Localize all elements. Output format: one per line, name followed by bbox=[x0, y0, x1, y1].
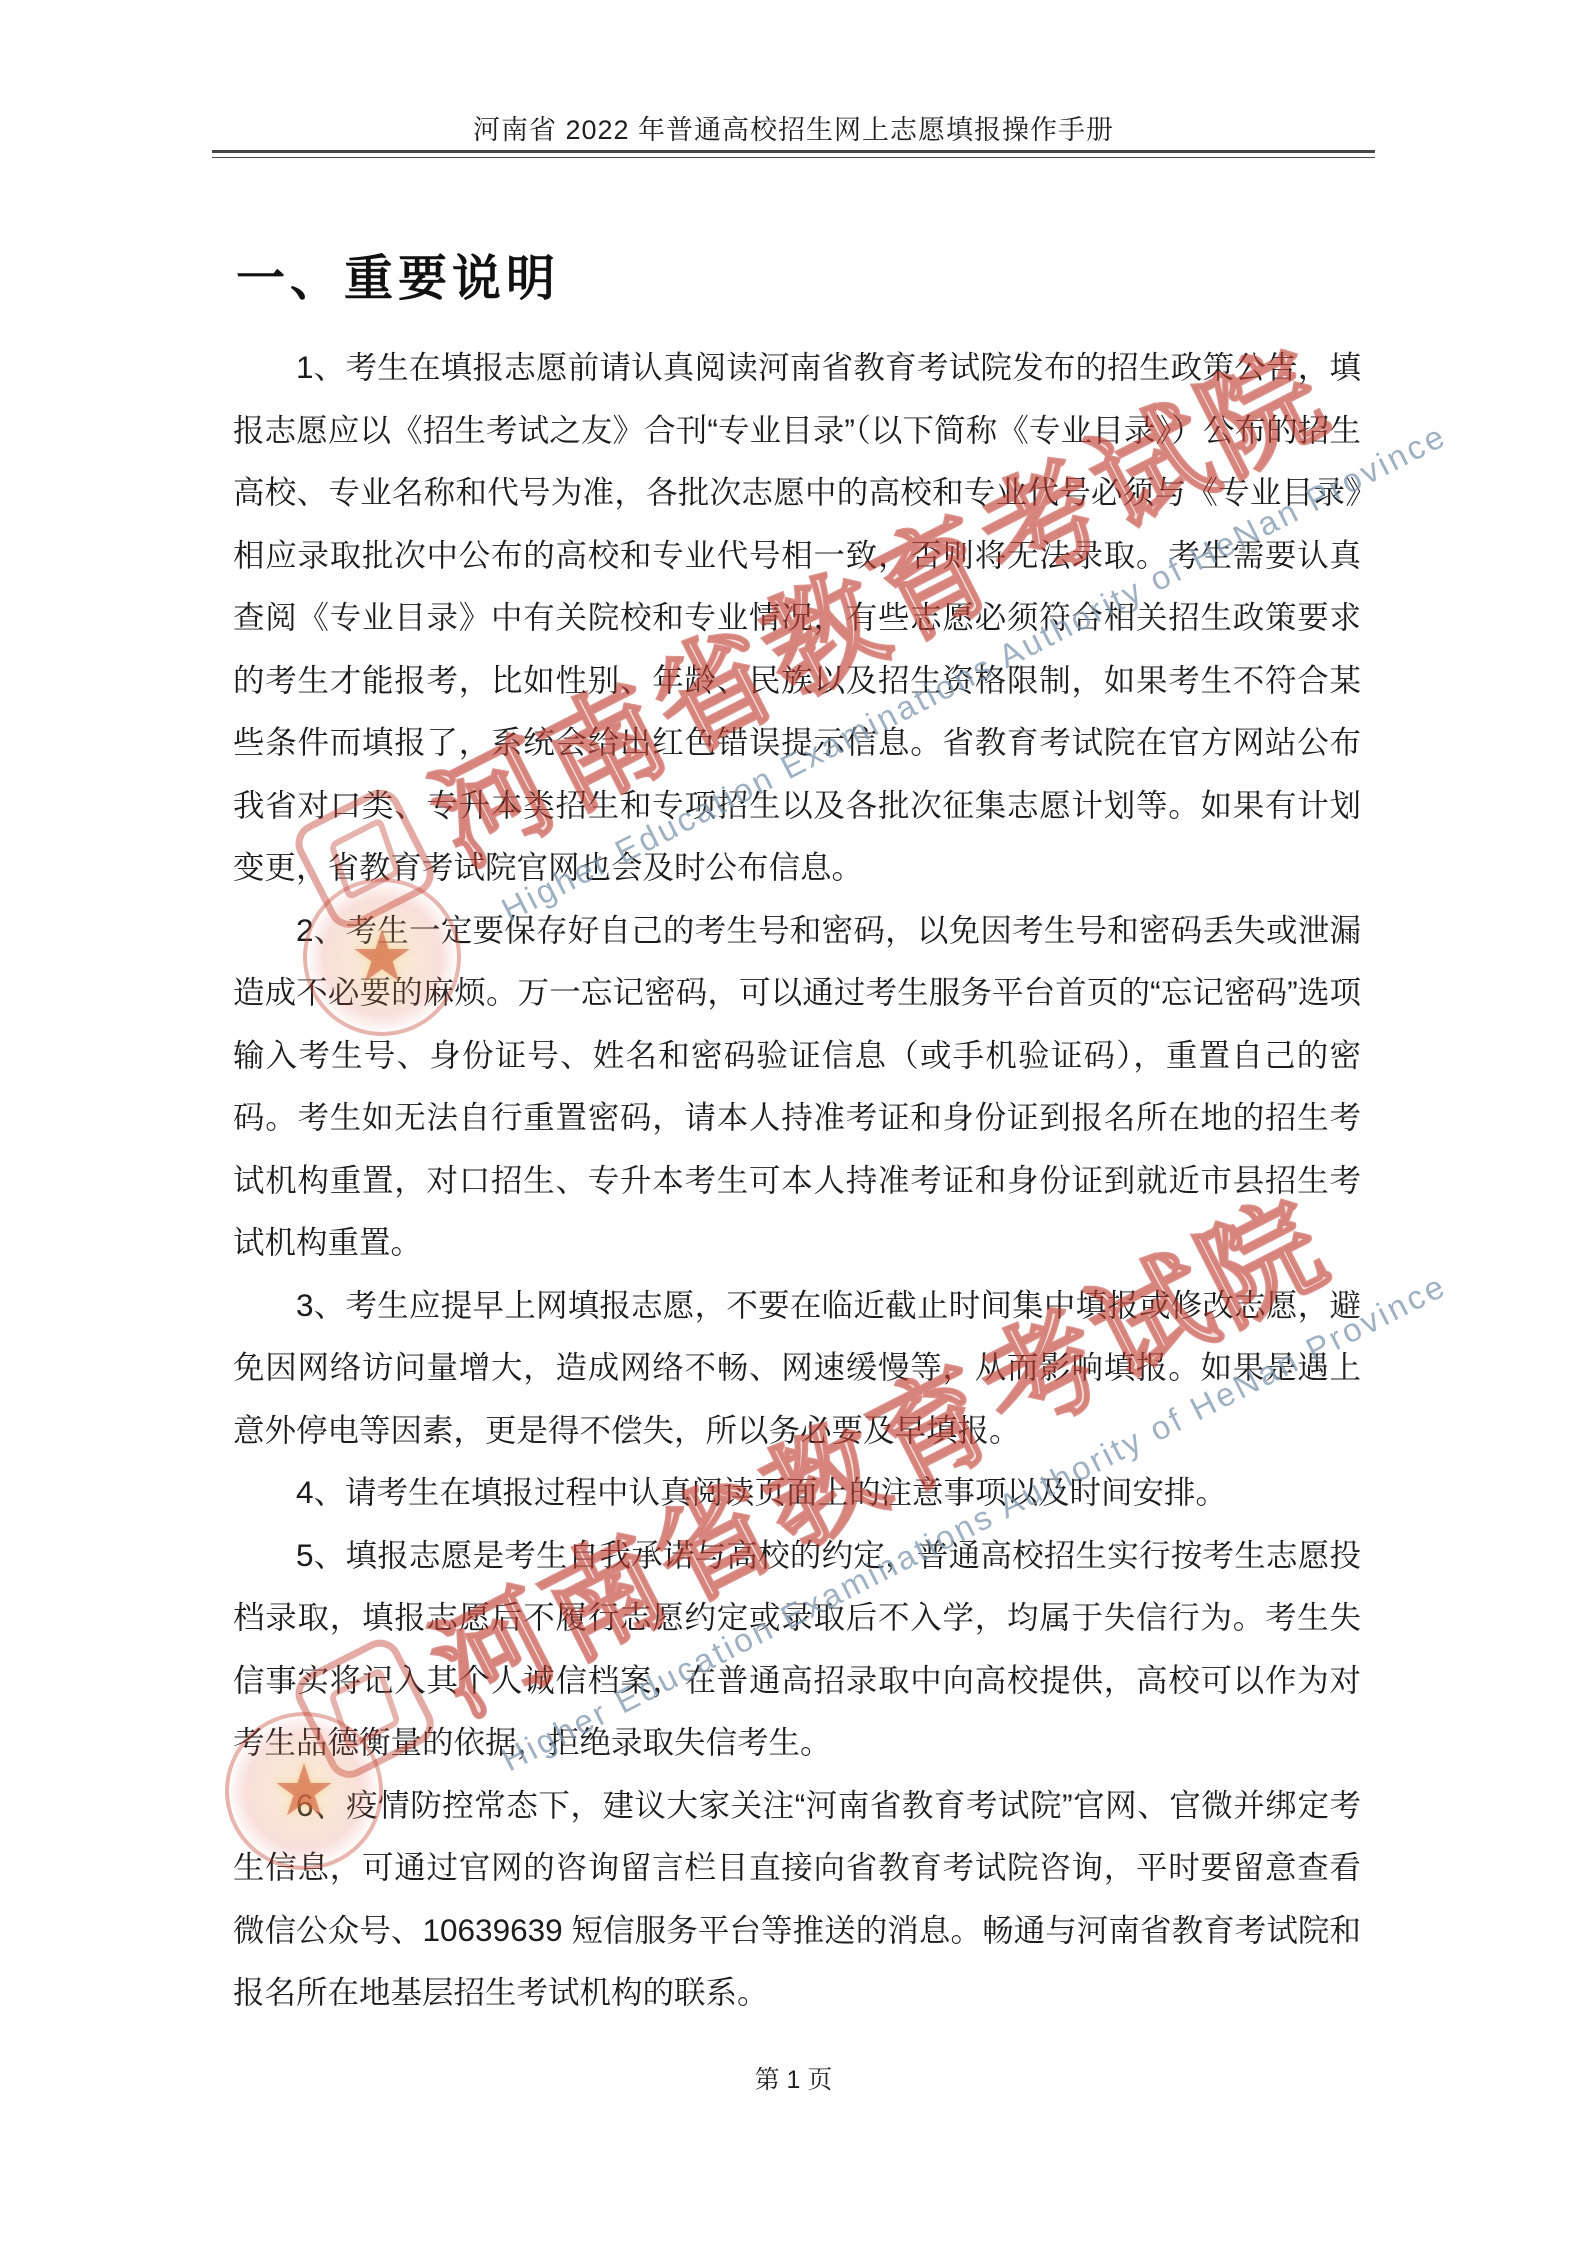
header-rule bbox=[212, 150, 1375, 158]
paragraph: 5、填报志愿是考生自我承诺与高校的约定，普通高校招生实行按考生志愿投档录取，填报… bbox=[233, 1524, 1361, 1774]
paragraph: 1、考生在填报志愿前请认真阅读河南省教育考试院发布的招生政策公告，填报志愿应以《… bbox=[233, 336, 1361, 899]
paragraph: 6、疫情防控常态下，建议大家关注“河南省教育考试院”官网、官微并绑定考生信息，可… bbox=[233, 1774, 1361, 2024]
section-title: 一、重要说明 bbox=[236, 240, 560, 310]
document-page: 河南省 2022 年普通高校招生网上志愿填报操作手册 河南省教育考试院 High… bbox=[0, 0, 1587, 2245]
paragraph: 2、考生一定要保存好自己的考生号和密码，以免因考生号和密码丢失或泄漏造成不必要的… bbox=[233, 899, 1361, 1274]
paragraph: 3、考生应提早上网填报志愿，不要在临近截止时间集中填报或修改志愿，避免因网络访问… bbox=[233, 1274, 1361, 1462]
paragraph: 4、请考生在填报过程中认真阅读页面上的注意事项以及时间安排。 bbox=[233, 1461, 1361, 1524]
body-paragraphs: 1、考生在填报志愿前请认真阅读河南省教育考试院发布的招生政策公告，填报志愿应以《… bbox=[233, 336, 1361, 2024]
page-number: 第 1 页 bbox=[0, 2060, 1587, 2096]
page-header-title: 河南省 2022 年普通高校招生网上志愿填报操作手册 bbox=[0, 108, 1587, 147]
